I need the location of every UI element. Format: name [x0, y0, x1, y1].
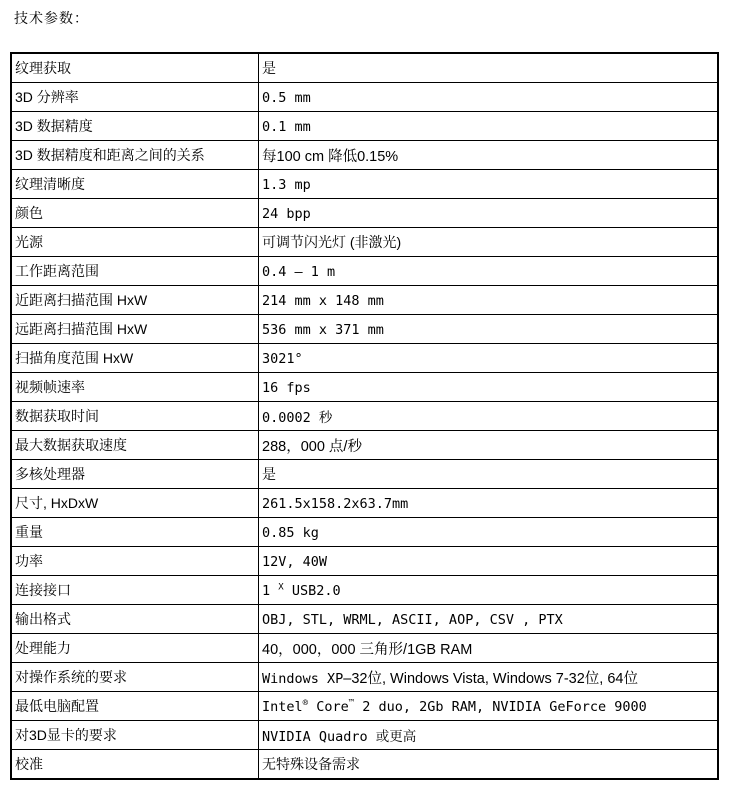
param-value: 16 fps	[259, 373, 719, 402]
param-label: 处理能力	[11, 634, 259, 663]
param-label: 数据获取时间	[11, 402, 259, 431]
table-row: 对操作系统的要求Windows XP–32位, Windows Vista, W…	[11, 663, 718, 692]
param-value: 0.85 kg	[259, 518, 719, 547]
param-label: 对3D显卡的要求	[11, 721, 259, 750]
param-value-segment: 1.3 mp	[262, 177, 311, 193]
param-value-segment: 1	[262, 583, 278, 599]
table-row: 工作距离范围0.4 – 1 m	[11, 257, 718, 286]
param-label: 3D 数据精度和距离之间的关系	[11, 141, 259, 170]
param-value: 24 bpp	[259, 199, 719, 228]
param-label: 颜色	[11, 199, 259, 228]
specs-table: 纹理获取是3D 分辨率0.5 mm3D 数据精度0.1 mm3D 数据精度和距离…	[10, 52, 719, 780]
param-value-segment: 12V, 40W	[262, 554, 327, 570]
table-row: 3D 数据精度0.1 mm	[11, 112, 718, 141]
param-value-segment: 288，000 点/秒	[262, 439, 362, 455]
param-value-segment: 536 mm x 371 mm	[262, 322, 384, 338]
param-value-segment: Windows XP	[262, 671, 343, 687]
param-value-segment: 2 duo, 2Gb RAM, NVIDIA GeForce 9000	[354, 699, 647, 715]
param-value: 0.0002 秒	[259, 402, 719, 431]
param-value: OBJ, STL, WRML, ASCII, AOP, CSV , PTX	[259, 605, 719, 634]
table-row: 校准无特殊设备需求	[11, 750, 718, 780]
page-title: 技术参数：	[14, 8, 89, 28]
param-label: 扫描角度范围 HxW	[11, 344, 259, 373]
param-value-segment: 可调节闪光灯 (非激光)	[262, 234, 401, 250]
param-value: 0.5 mm	[259, 83, 719, 112]
param-label: 校准	[11, 750, 259, 780]
param-label: 对操作系统的要求	[11, 663, 259, 692]
table-row: 视频帧速率16 fps	[11, 373, 718, 402]
param-value-segment: 0.85 kg	[262, 525, 319, 541]
param-value: 214 mm x 148 mm	[259, 286, 719, 315]
table-row: 尺寸, HxDxW261.5x158.2x63.7mm	[11, 489, 718, 518]
table-row: 纹理获取是	[11, 53, 718, 83]
param-value-segment: 0.4 – 1 m	[262, 264, 335, 280]
param-value: 是	[259, 460, 719, 489]
param-value: 每100 cm 降低0.15%	[259, 141, 719, 170]
param-value: 可调节闪光灯 (非激光)	[259, 228, 719, 257]
param-value-segment: 214 mm x 148 mm	[262, 293, 384, 309]
table-row: 纹理清晰度1.3 mp	[11, 170, 718, 199]
param-value-segment: 是	[262, 60, 276, 76]
param-label: 尺寸, HxDxW	[11, 489, 259, 518]
param-value: 是	[259, 53, 719, 83]
param-value-segment: 0.1 mm	[262, 119, 311, 135]
param-label: 纹理获取	[11, 53, 259, 83]
param-value-segment: 0.0002 秒	[262, 410, 332, 426]
param-value: 0.4 – 1 m	[259, 257, 719, 286]
param-value: Windows XP–32位, Windows Vista, Windows 7…	[259, 663, 719, 692]
param-value-segment: USB2.0	[284, 583, 341, 599]
table-row: 功率12V, 40W	[11, 547, 718, 576]
param-value-segment: 40，000，000 三角形/1GB RAM	[262, 642, 472, 658]
param-value: 536 mm x 371 mm	[259, 315, 719, 344]
table-row: 3D 分辨率0.5 mm	[11, 83, 718, 112]
param-label: 功率	[11, 547, 259, 576]
param-value-segment: OBJ, STL, WRML, ASCII, AOP, CSV , PTX	[262, 612, 563, 628]
param-value-segment: 261.5x158.2x63.7mm	[262, 496, 408, 512]
param-label: 重量	[11, 518, 259, 547]
param-value: 288，000 点/秒	[259, 431, 719, 460]
table-row: 近距离扫描范围 HxW214 mm x 148 mm	[11, 286, 718, 315]
param-value-segment: 是	[262, 466, 276, 482]
param-value: 12V, 40W	[259, 547, 719, 576]
param-value-segment: 24 bpp	[262, 206, 311, 222]
table-row: 扫描角度范围 HxW3021°	[11, 344, 718, 373]
table-row: 连接接口1 X USB2.0	[11, 576, 718, 605]
table-row: 最大数据获取速度288，000 点/秒	[11, 431, 718, 460]
specs-table-body: 纹理获取是3D 分辨率0.5 mm3D 数据精度0.1 mm3D 数据精度和距离…	[11, 53, 718, 779]
param-value: 1.3 mp	[259, 170, 719, 199]
param-value-segment: Core	[308, 699, 349, 715]
table-row: 数据获取时间0.0002 秒	[11, 402, 718, 431]
param-label: 视频帧速率	[11, 373, 259, 402]
param-label: 纹理清晰度	[11, 170, 259, 199]
param-value-segment: –32位, Windows Vista, Windows 7-32位, 64位	[343, 671, 638, 687]
param-value: 261.5x158.2x63.7mm	[259, 489, 719, 518]
param-value-segment: Intel	[262, 699, 303, 715]
param-label: 远距离扫描范围 HxW	[11, 315, 259, 344]
param-label: 工作距离范围	[11, 257, 259, 286]
param-value-segment: NVIDIA Quadro 或更高	[262, 729, 416, 745]
param-value: NVIDIA Quadro 或更高	[259, 721, 719, 750]
table-row: 处理能力40，000，000 三角形/1GB RAM	[11, 634, 718, 663]
table-row: 输出格式OBJ, STL, WRML, ASCII, AOP, CSV , PT…	[11, 605, 718, 634]
table-row: 重量0.85 kg	[11, 518, 718, 547]
param-value: 0.1 mm	[259, 112, 719, 141]
param-label: 3D 分辨率	[11, 83, 259, 112]
param-value: 3021°	[259, 344, 719, 373]
param-label: 输出格式	[11, 605, 259, 634]
param-value: 1 X USB2.0	[259, 576, 719, 605]
param-value-segment: 16 fps	[262, 380, 311, 396]
param-value-segment: 无特殊设备需求	[262, 756, 360, 772]
param-label: 最大数据获取速度	[11, 431, 259, 460]
param-label: 光源	[11, 228, 259, 257]
table-row: 远距离扫描范围 HxW536 mm x 371 mm	[11, 315, 718, 344]
table-row: 对3D显卡的要求NVIDIA Quadro 或更高	[11, 721, 718, 750]
param-value-segment: 每100 cm 降低0.15%	[262, 149, 398, 165]
param-label: 近距离扫描范围 HxW	[11, 286, 259, 315]
table-row: 光源可调节闪光灯 (非激光)	[11, 228, 718, 257]
param-value-segment: 3021°	[262, 351, 303, 367]
param-label: 3D 数据精度	[11, 112, 259, 141]
table-row: 最低电脑配置Intel® Core™ 2 duo, 2Gb RAM, NVIDI…	[11, 692, 718, 721]
param-value: 40，000，000 三角形/1GB RAM	[259, 634, 719, 663]
param-label: 连接接口	[11, 576, 259, 605]
param-value-segment: 0.5 mm	[262, 90, 311, 106]
table-row: 多核处理器是	[11, 460, 718, 489]
param-label: 最低电脑配置	[11, 692, 259, 721]
table-row: 颜色24 bpp	[11, 199, 718, 228]
param-value: 无特殊设备需求	[259, 750, 719, 780]
param-value: Intel® Core™ 2 duo, 2Gb RAM, NVIDIA GeFo…	[259, 692, 719, 721]
table-row: 3D 数据精度和距离之间的关系每100 cm 降低0.15%	[11, 141, 718, 170]
param-label: 多核处理器	[11, 460, 259, 489]
